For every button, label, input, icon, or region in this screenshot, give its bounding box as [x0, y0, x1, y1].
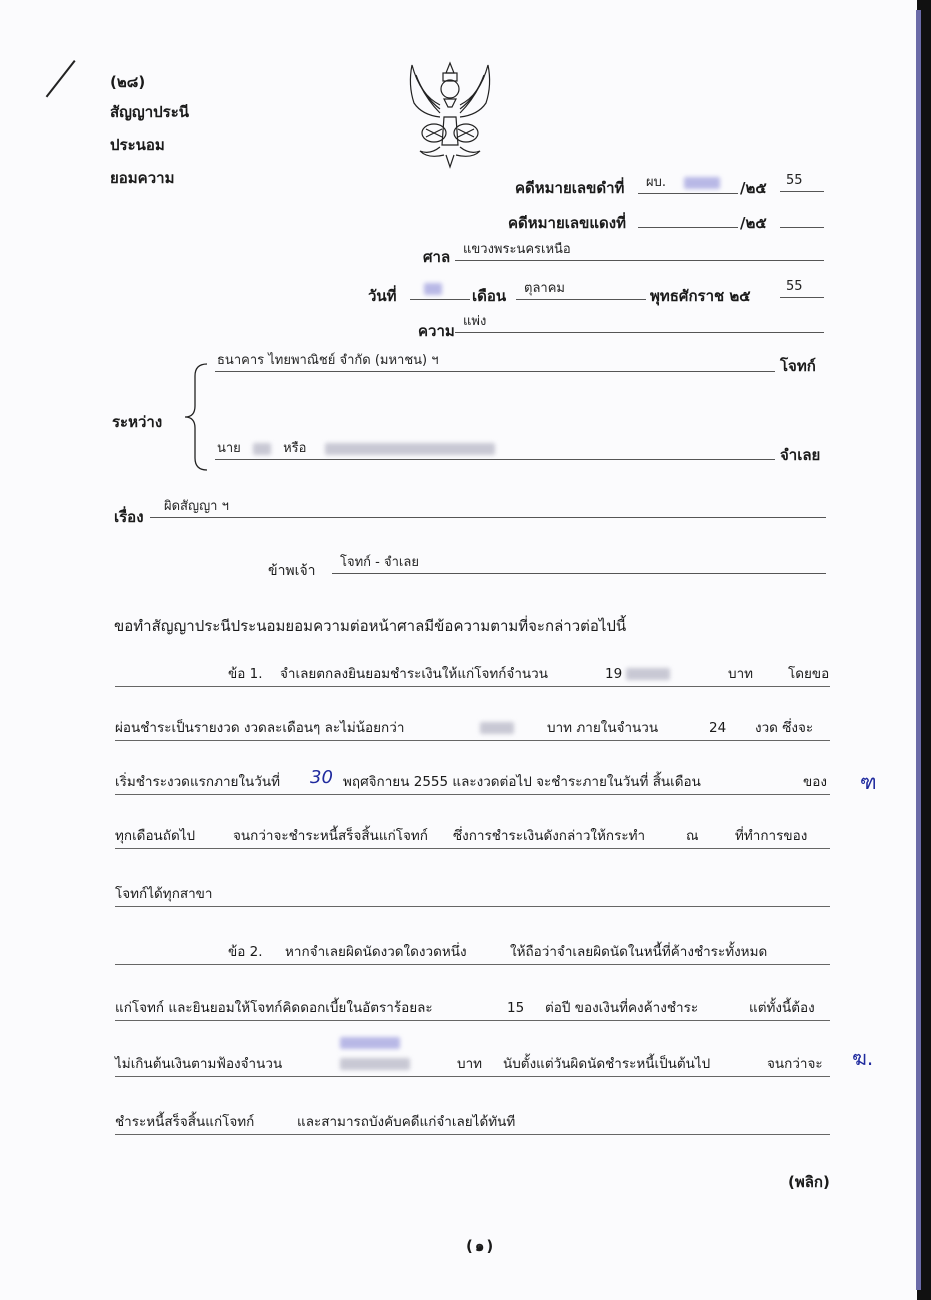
court-field[interactable]: แขวงพระนครเหนือ [455, 241, 824, 261]
clause-text: หากจำเลยผิดนัดงวดใดงวดหนึ่ง [285, 942, 467, 962]
subject-field[interactable]: ผิดสัญญา ฯ [150, 498, 826, 518]
form-title-line-3: ยอมความ [110, 164, 174, 192]
black-case-label: คดีหมายเลขดำที่ [515, 176, 624, 200]
form-title-line-1: สัญญาประนี [110, 98, 189, 126]
margin-initial-1: ฑ [860, 766, 877, 798]
form-title-line-2: ประนอม [110, 131, 165, 159]
principal-amount [340, 1054, 410, 1074]
clause-text: และสามารถบังคับคดีแก่จำเลยได้ทันที [297, 1112, 515, 1132]
clause-1-number: ข้อ 1. [228, 664, 263, 684]
clause-text: โจทก์ได้ทุกสาขา [115, 884, 213, 904]
clause-text: จนกว่าจะชำระหนี้สร็จสิ้นแก่โจทก์ [233, 826, 428, 846]
brace-icon [183, 362, 213, 472]
clause-1-amount: 19 [605, 664, 670, 684]
case-type-field[interactable]: แพ่ง [455, 313, 824, 333]
plaintiff-field[interactable]: ธนาคาร ไทยพาณิชย์ จำกัด (มหาชน) ฯ [215, 352, 775, 372]
amount-redacted [626, 668, 670, 680]
black-case-number-redacted [684, 177, 720, 189]
defendant-first-redacted [253, 443, 271, 455]
clause-1-line-1: ข้อ 1. จำเลยตกลงยินยอมชำระเงินให้แก่โจทก… [115, 664, 830, 687]
clause-2-line-2: แก่โจทก์ และยินยอมให้โจทก์คิดดอกเบี้ยในอ… [115, 998, 830, 1021]
date-field[interactable] [410, 280, 470, 300]
clause-1-line-3: เริ่มชำระงวดแรกภายในวันที่ 30 พฤศจิกายน … [115, 772, 830, 795]
clause-text: ต่อปี ของเงินที่คงค้างชำระ [545, 998, 698, 1018]
interest-rate: 15 [507, 998, 524, 1018]
between-label: ระหว่าง [112, 410, 162, 434]
page-number: (๑) [466, 1234, 495, 1258]
applicant-field[interactable]: โจทก์ - จำเลย [332, 554, 826, 574]
clause-text: บาท ภายในจำนวน [547, 718, 658, 738]
clause-2-number: ข้อ 2. [228, 942, 263, 962]
clause-text: บาท [728, 664, 753, 684]
defendant-field[interactable]: นาย หรือ [215, 440, 775, 460]
subject-label: เรื่อง [114, 505, 144, 529]
date-redacted [424, 283, 442, 295]
red-case-label: คดีหมายเลขแดงที่ [508, 211, 626, 235]
page-edge-binding [916, 10, 921, 1290]
installment-redacted [480, 722, 514, 734]
clause-text: ซึ่งการชำระเงินดังกล่าวให้กระทำ [453, 826, 645, 846]
defendant-label: จำเลย [780, 443, 820, 467]
clause-2-line-1: ข้อ 2. หากจำเลยผิดนัดงวดใดงวดหนึ่ง ให้ถื… [115, 942, 830, 965]
clause-text: ผ่อนชำระเป็นรายงวด งวดละเดือนๆ ละไม่น้อย… [115, 718, 404, 738]
be-year-field[interactable]: 55 [780, 278, 824, 298]
form-number: (๒๘) [110, 68, 145, 96]
clause-text: ชำระหนี้สร็จสิ้นแก่โจทก์ [115, 1112, 254, 1132]
red-case-number-field[interactable] [638, 208, 738, 228]
principal-redacted [340, 1058, 410, 1070]
clause-text: งวด ซึ่งจะ [755, 718, 813, 738]
clause-text: ไม่เกินต้นเงินตามฟ้องจำนวน [115, 1054, 282, 1074]
margin-initial-2: ฆ. [852, 1042, 873, 1074]
clause-text: ณ [686, 826, 699, 846]
red-case-year-field[interactable] [780, 208, 824, 228]
black-case-number-field[interactable]: ผบ. [638, 174, 738, 194]
clause-text: เริ่มชำระงวดแรกภายในวันที่ [115, 772, 280, 792]
month-label: เดือน [472, 284, 506, 308]
defendant-prefix: นาย [217, 441, 241, 456]
black-case-prefix: ผบ. [646, 175, 666, 190]
clause-1-line-4: ทุกเดือนถัดไป จนกว่าจะชำระหนี้สร็จสิ้นแก… [115, 826, 830, 849]
clause-text: พฤศจิกายน 2555 และงวดต่อไป จะชำระภายในวั… [343, 772, 701, 792]
clause-text: บาท [457, 1054, 482, 1074]
be-year-label: พุทธศักราช ๒๕ [650, 284, 751, 308]
clause-text: ของ [803, 772, 827, 792]
month-field[interactable]: ตุลาคม [516, 280, 646, 300]
defendant-alias-word: หรือ [283, 441, 306, 456]
installment-amount [480, 718, 514, 738]
clause-text: แต่ทั้งนี้ต้อง [749, 998, 815, 1018]
installment-count: 24 [709, 718, 726, 738]
defendant-name-redacted [325, 443, 495, 455]
clause-text: ทุกเดือนถัดไป [115, 826, 195, 846]
clause-text: แก่โจทก์ และยินยอมให้โจทก์คิดดอกเบี้ยในอ… [115, 998, 433, 1018]
applicant-label: ข้าพเจ้า [268, 560, 316, 582]
turn-over-label: (พลิก) [788, 1170, 830, 1194]
case-type-label: ความ [418, 319, 455, 343]
black-case-year-field[interactable]: 55 [780, 172, 824, 192]
clause-text: โดยขอ [788, 664, 829, 684]
plaintiff-label: โจทก์ [780, 354, 816, 378]
clause-text: จนกว่าจะ [767, 1054, 823, 1074]
clause-1-line-2: ผ่อนชำระเป็นรายงวด งวดละเดือนๆ ละไม่น้อย… [115, 718, 830, 741]
handwritten-amount-redacted [340, 1032, 400, 1051]
red-case-year-prefix: /๒๕ [740, 211, 767, 235]
clause-1-line-5: โจทก์ได้ทุกสาขา [115, 884, 830, 907]
intro-text: ขอทำสัญญาประนีประนอมยอมความต่อหน้าศาลมีข… [114, 614, 626, 638]
clause-2-line-3: ไม่เกินต้นเงินตามฟ้องจำนวน บาท นับตั้งแต… [115, 1054, 830, 1077]
clause-text: นับตั้งแต่วันผิดนัดชำระหนี้เป็นต้นไป [503, 1054, 710, 1074]
handwritten-day: 30 [310, 768, 333, 788]
pen-slash-mark [46, 60, 76, 97]
black-case-year-prefix: /๒๕ [740, 176, 767, 200]
court-label: ศาล [423, 245, 450, 269]
date-label: วันที่ [368, 284, 397, 308]
clause-text: ที่ทำการของ [735, 826, 807, 846]
clause-2-line-4: ชำระหนี้สร็จสิ้นแก่โจทก์ และสามารถบังคับ… [115, 1112, 830, 1135]
clause-text: จำเลยตกลงยินยอมชำระเงินให้แก่โจทก์จำนวน [280, 664, 548, 684]
clause-text: ให้ถือว่าจำเลยผิดนัดในหนี้ที่ค้างชำระทั้… [510, 942, 767, 962]
garuda-emblem-icon [400, 55, 500, 170]
